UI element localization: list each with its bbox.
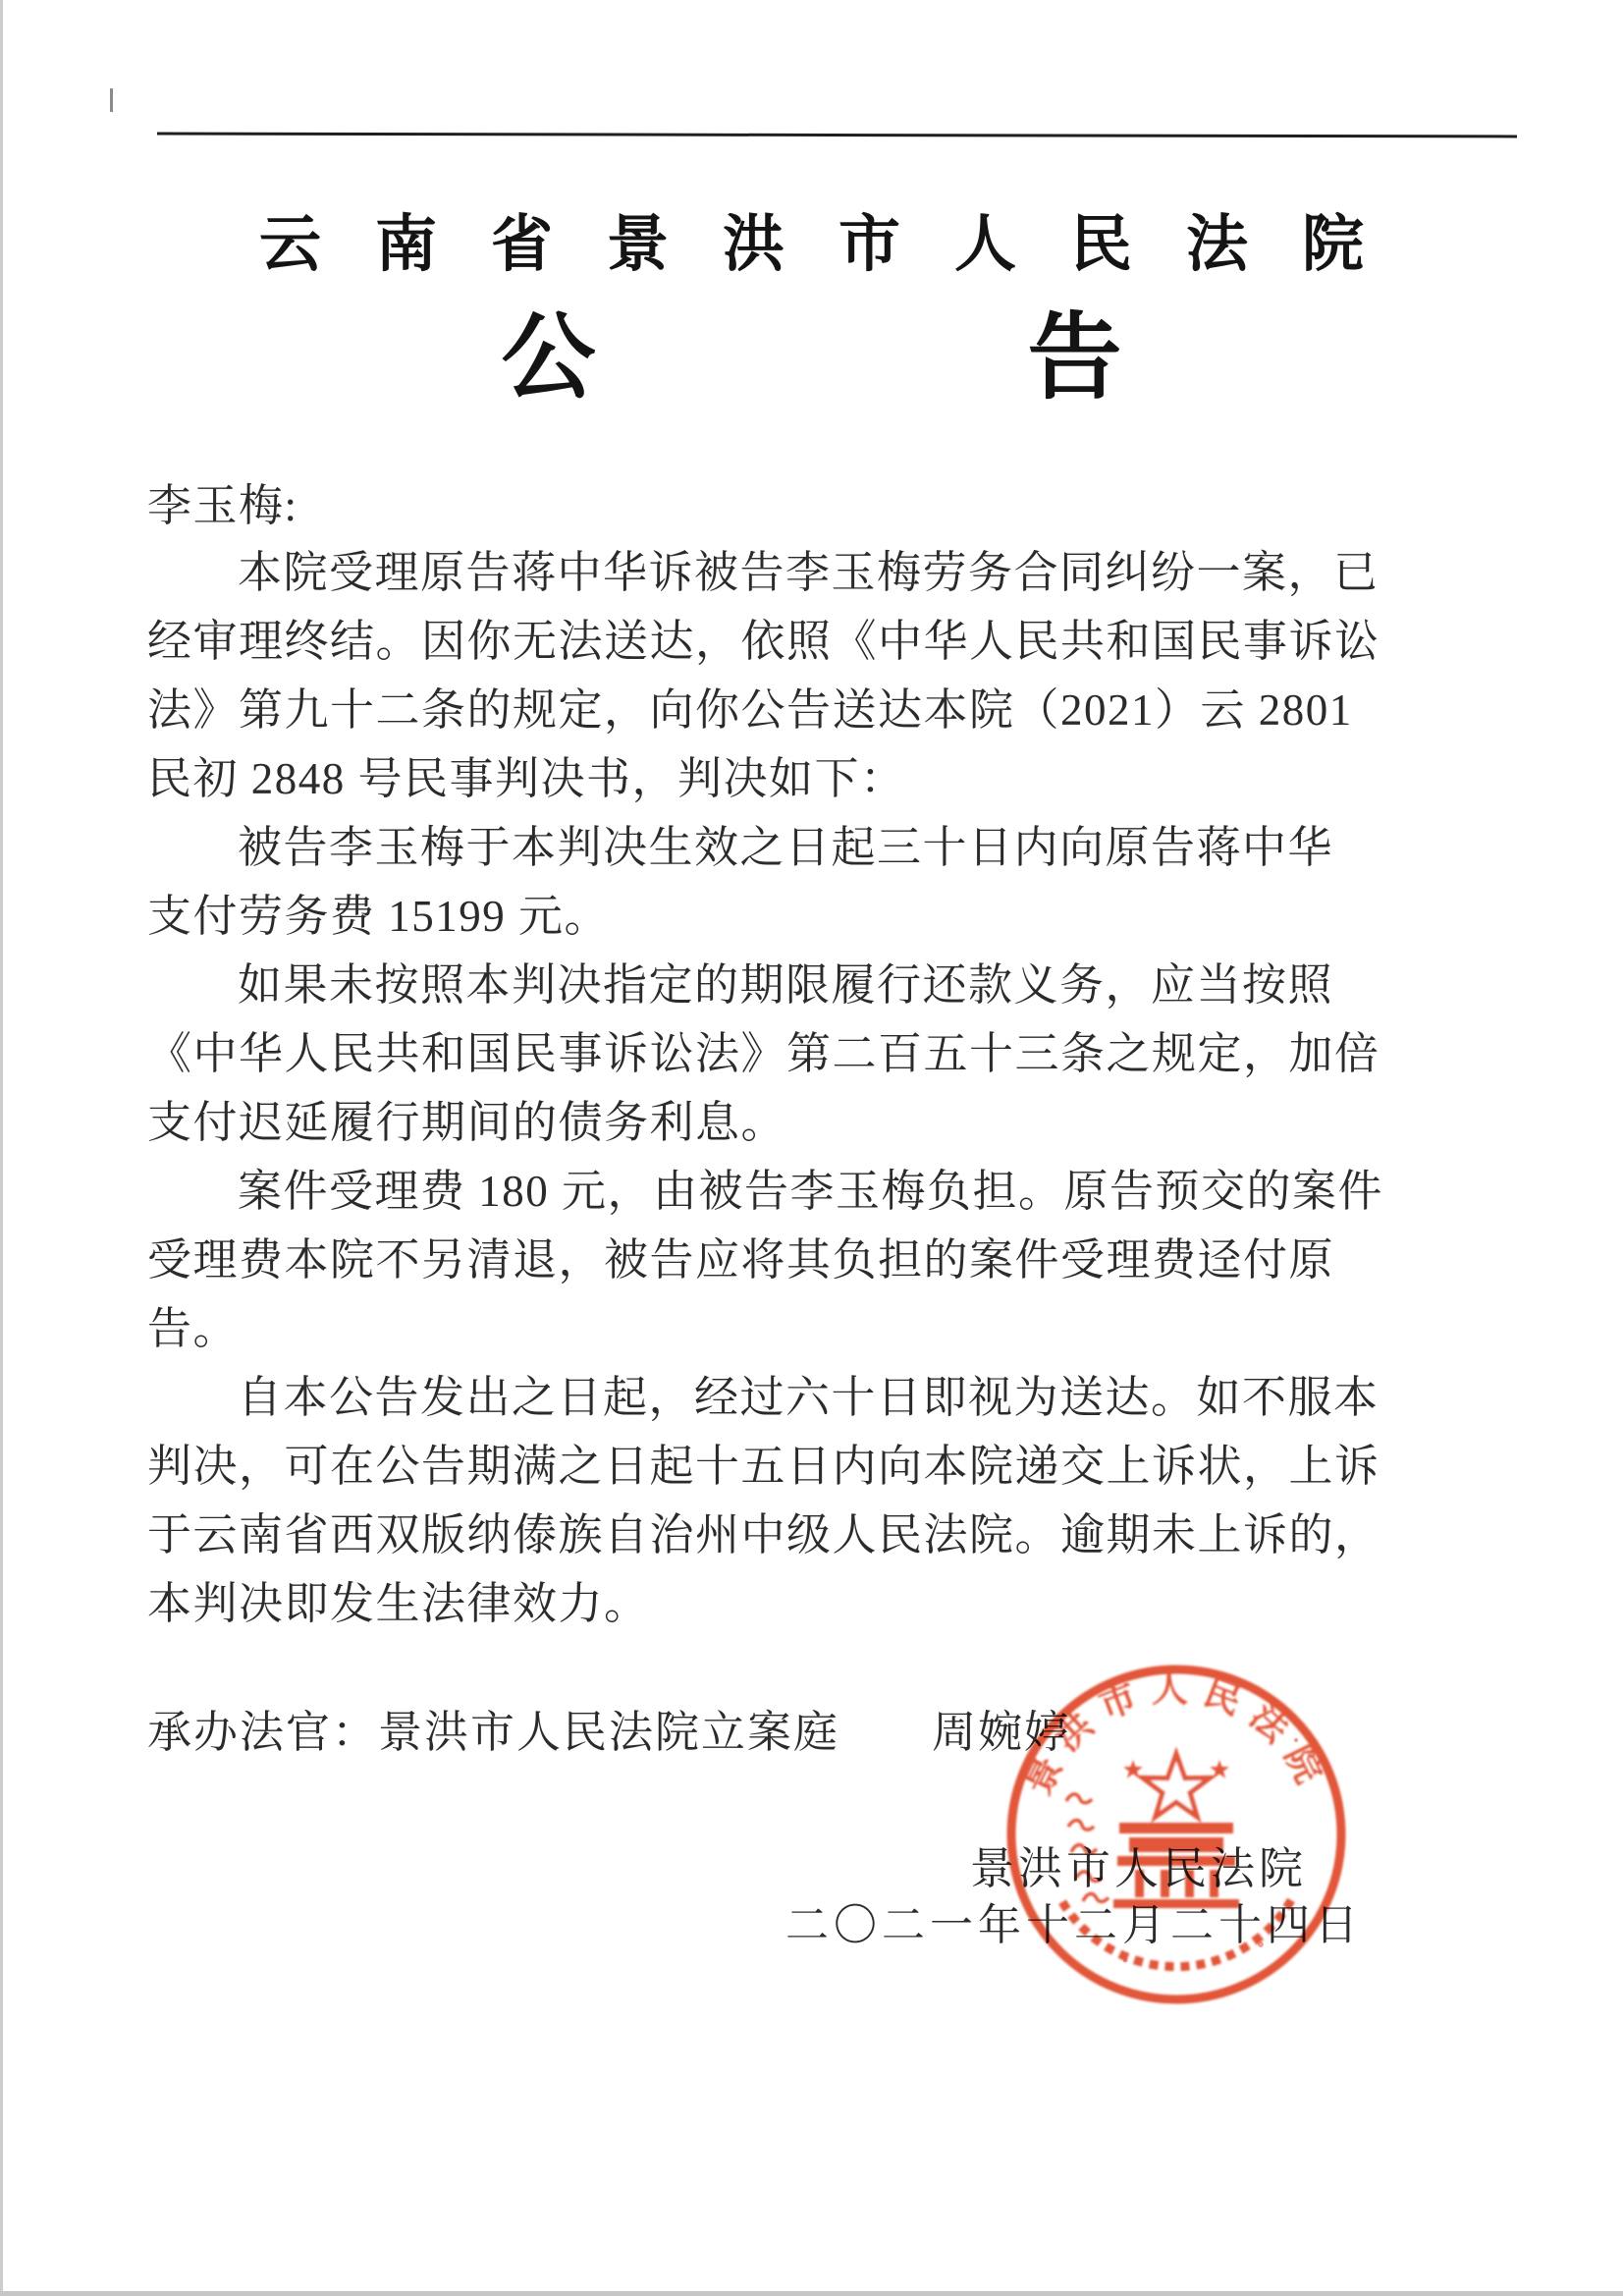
body-text-line: 《中华人民共和国民事诉讼法》第二百五十三条之规定，加倍 bbox=[147, 1019, 1394, 1088]
body-text: 本院受理原告蒋中华诉被告李玉梅劳务合同纠纷一案，已 经审理终结。因你无法送达，依… bbox=[147, 538, 1394, 1638]
judge-line: 承办法官：景洪市人民法院立案庭 周婉婷 bbox=[147, 1696, 1070, 1760]
scan-edge-bottom bbox=[0, 2291, 1623, 2296]
body-text-line: 法》第九十二条的规定，向你公告送达本院（2021）云 2801 bbox=[147, 676, 1394, 744]
seal-national-emblem-icon bbox=[1113, 1754, 1239, 1908]
seal-gate-bar bbox=[1129, 1837, 1223, 1852]
body-text-line: 民初 2848 号民事判决书，判决如下： bbox=[147, 744, 1394, 813]
seal-gate-bar bbox=[1117, 1856, 1235, 1866]
official-seal: 景洪市人民法院 bbox=[990, 1648, 1363, 2021]
doc-title: 公 告 bbox=[0, 283, 1623, 417]
body-text-line: 经审理终结。因你无法送达，依照《中华人民共和国民事诉讼 bbox=[147, 607, 1394, 676]
seal-gate-column bbox=[1161, 1870, 1169, 1897]
seal-gate-base bbox=[1113, 1899, 1239, 1908]
seal-gate-column bbox=[1135, 1870, 1144, 1897]
body-text-line: 本判决即发生法律效力。 bbox=[147, 1569, 1394, 1638]
body-text-line: 支付迟延履行期间的债务利息。 bbox=[147, 1088, 1394, 1157]
body-text-line: 自本公告发出之日起，经过六十日即视为送达。如不服本 bbox=[147, 1363, 1394, 1432]
body-text-line: 支付劳务费 15199 元。 bbox=[147, 882, 1394, 951]
body-text-line: 案件受理费 180 元，由被告李玉梅负担。原告预交的案件 bbox=[147, 1157, 1394, 1226]
seal-gate-column bbox=[1185, 1870, 1194, 1897]
court-name-header: 云南省景洪市人民法院 bbox=[0, 194, 1623, 284]
document-page: 云南省景洪市人民法院 公 告 李玉梅: 本院受理原告蒋中华诉被告李玉梅劳务合同纠… bbox=[0, 0, 1623, 2296]
seal-script-band bbox=[1061, 1900, 1291, 1967]
seal-gate-column bbox=[1210, 1870, 1218, 1897]
body-text-line: 如果未按照本判决指定的期限履行还款义务，应当按照 bbox=[147, 951, 1394, 1019]
body-text-line: 受理费本院不另清退，被告应将其负担的案件受理费迳付原 bbox=[147, 1226, 1394, 1294]
body-text-line: 告。 bbox=[147, 1294, 1394, 1363]
seal-gate-bar bbox=[1119, 1823, 1233, 1833]
body-text-line: 判决，可在公告期满之日起十五日内向本院递交上诉状，上诉 bbox=[147, 1432, 1394, 1501]
scan-artifact-tick bbox=[110, 88, 113, 112]
body-text-line: 本院受理原告蒋中华诉被告李玉梅劳务合同纠纷一案，已 bbox=[147, 538, 1394, 607]
top-rule bbox=[157, 133, 1517, 138]
body-text-line: 被告李玉梅于本判决生效之日起三十日内向原告蒋中华 bbox=[147, 813, 1394, 882]
recipient-line: 李玉梅: bbox=[147, 469, 298, 533]
seal-script-column bbox=[1066, 1794, 1109, 1903]
seal-big-star-icon bbox=[1143, 1754, 1210, 1817]
body-text-line: 于云南省西双版纳傣族自治州中级人民法院。逾期未上诉的， bbox=[147, 1501, 1394, 1569]
